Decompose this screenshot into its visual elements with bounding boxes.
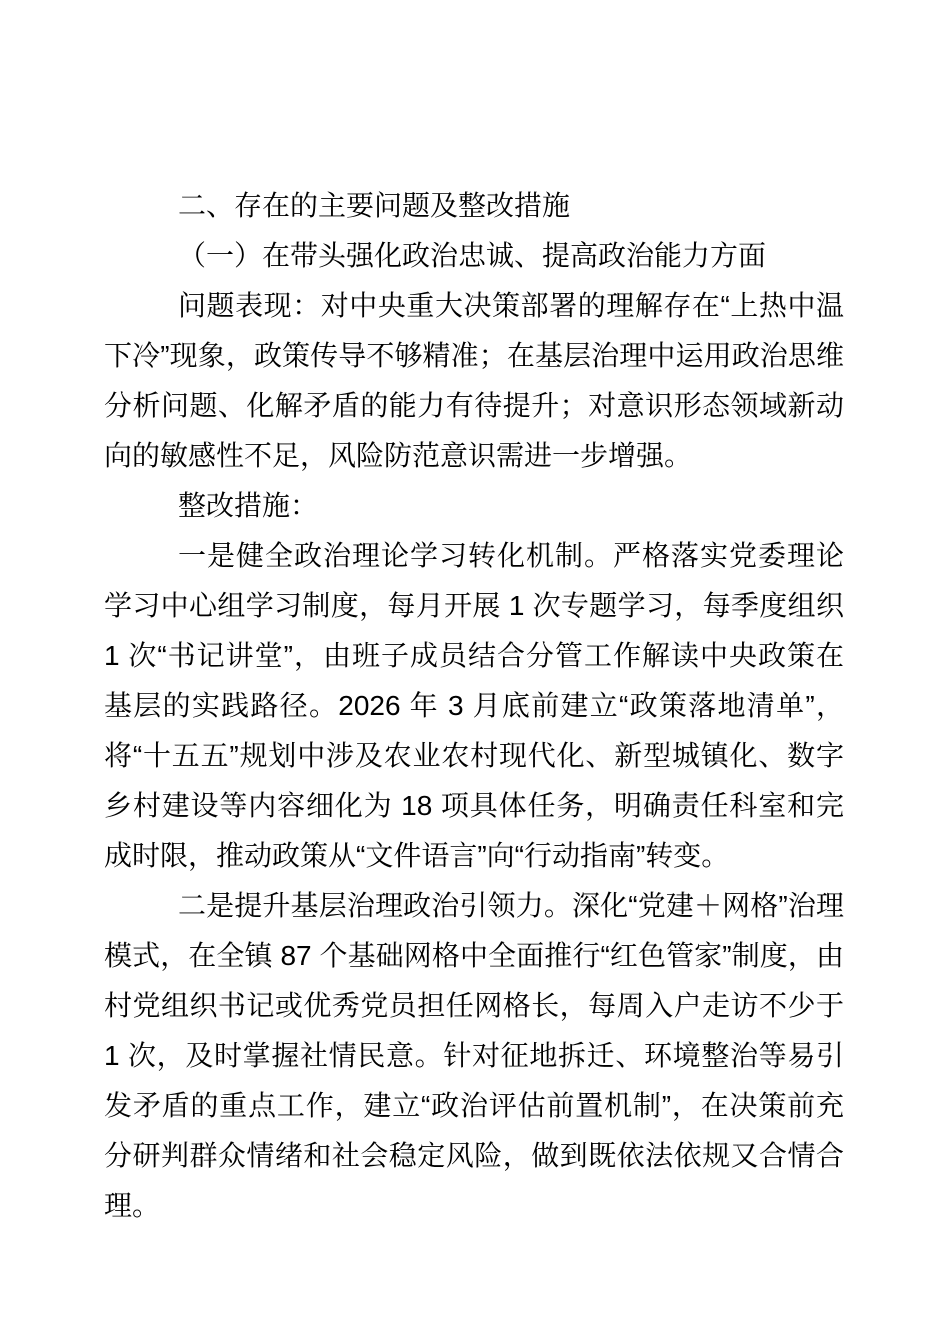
subsection-heading: （一）在带头强化政治忠诚、提高政治能力方面 [104,231,844,281]
section-heading: 二、存在的主要问题及整改措施 [104,181,844,231]
measure-2-paragraph: 二是提升基层治理政治引领力。深化“党建＋网格”治理模式，在全镇 87 个基础网格… [104,881,844,1231]
measures-label: 整改措施： [104,481,844,531]
measure-1-paragraph: 一是健全政治理论学习转化机制。严格落实党委理论学习中心组学习制度，每月开展 1 … [104,531,844,881]
document-page: 二、存在的主要问题及整改措施 （一）在带头强化政治忠诚、提高政治能力方面 问题表… [0,0,950,1344]
problem-description-paragraph: 问题表现：对中央重大决策部署的理解存在“上热中温下冷”现象，政策传导不够精准；在… [104,281,844,481]
